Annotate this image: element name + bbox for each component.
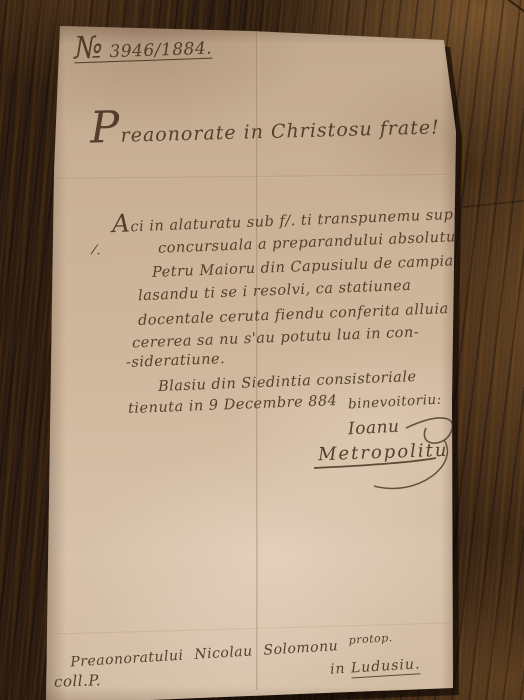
body-line: -sideratiune. <box>126 352 226 370</box>
addressee-place-line: in Ludusiu. <box>330 657 421 676</box>
place-preposition: in <box>330 660 352 677</box>
letter-paper-sheet: № 3946/1884. Preaonorate in Christosu fr… <box>0 0 524 700</box>
reference-number: № 3946/1884. <box>74 30 213 65</box>
photo-of-handwritten-letter: № 3946/1884. Preaonorate in Christosu fr… <box>0 0 524 700</box>
margin-mark: /. <box>91 243 102 257</box>
archival-note: coll.P. <box>54 673 102 690</box>
addressee-rank: protop. <box>348 631 393 647</box>
